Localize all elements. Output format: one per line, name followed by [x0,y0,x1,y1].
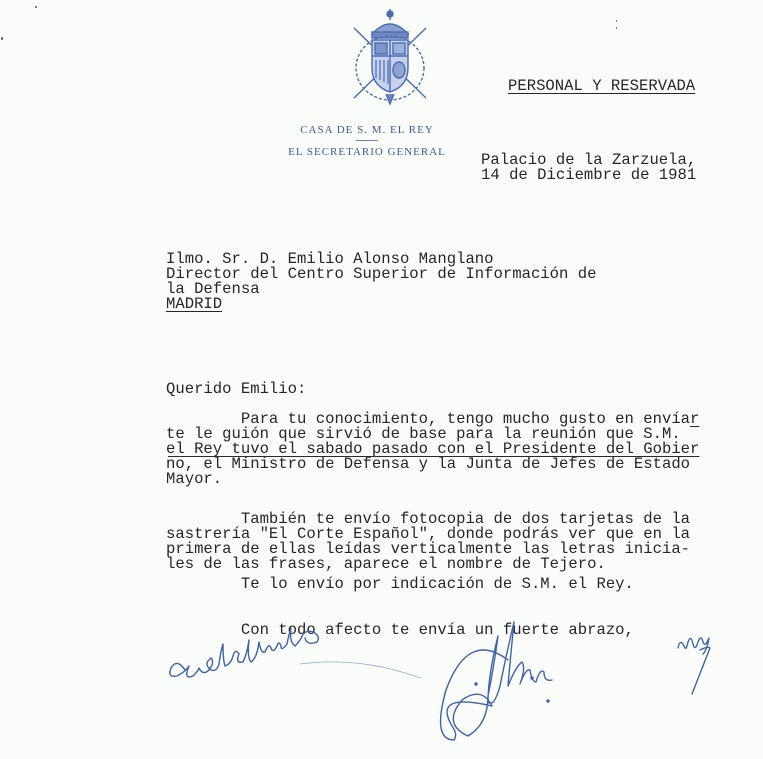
paragraph-1-line-4: no, el Ministro de Defensa y la Junta de… [166,455,690,473]
letterhead-institution: CASA DE S. M. EL REY [262,122,472,138]
paragraph-2: También te envío fotocopia de dos tarjet… [166,512,690,572]
paragraph-2-line-4: les de las frases, aparece el nombre de … [166,555,606,573]
place-date: Palacio de la Zarzuela, 14 de Diciembre … [481,153,696,183]
recipient-city: MADRID [166,295,222,313]
letter-page: PERSONAL Y RESERVADA CASA DE S. M. EL RE… [0,0,763,759]
salutation: Querido Emilio: [166,382,306,397]
paper-speck [35,6,37,8]
date: 14 de Diciembre de 1981 [481,166,696,184]
letterhead: CASA DE S. M. EL REY EL SECRETARIO GENER… [262,122,472,159]
letterhead-divider [356,140,378,141]
paper-speck [616,27,617,29]
handwritten-signature [0,0,763,759]
hyphen-mark: r [690,410,699,428]
paper-speck [616,20,617,22]
closing-line: Con todo afecto te envía un fuerte abraz… [166,623,634,638]
confidential-label: PERSONAL Y RESERVADA [508,79,695,94]
paper-speck [1,37,3,40]
paragraph-1: Para tu conocimiento, tengo mucho gusto … [166,412,699,487]
paragraph-3: Te lo envío por indicación de S.M. el Re… [166,577,634,592]
letterhead-office: EL SECRETARIO GENERAL [262,145,472,159]
recipient-address: Ilmo. Sr. D. Emilio Alonso Manglano Dire… [166,252,596,312]
royal-coat-of-arms-icon [342,6,438,106]
